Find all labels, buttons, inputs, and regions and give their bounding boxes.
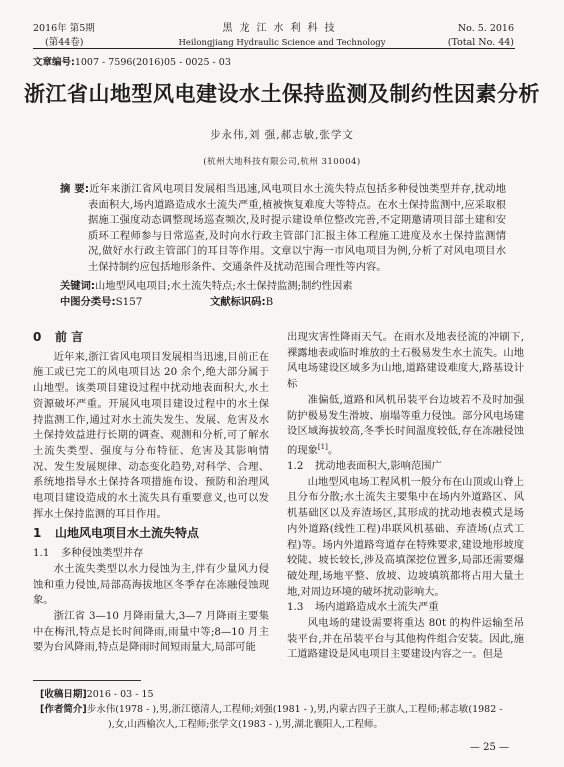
author-bio-block: [作者简介]步永伟(1978 - ),男,浙江德清人,工程师;刘强(1981 -… (40, 703, 510, 732)
header-divider (33, 48, 515, 49)
subsection-number: 1.3 (287, 600, 315, 616)
section-title: 山地风电项目水土流失特点 (55, 526, 199, 540)
subsection-title: 扰动地表面积大,影响范围广 (315, 460, 442, 472)
affiliation: (杭州大地科技有限公司,杭州 310004) (0, 155, 564, 167)
received-date: [收稿日期]2016 - 03 - 15 (40, 688, 510, 703)
subsection-heading-1-2: 1.2扰动地表面积大,影响范围广 (287, 459, 524, 475)
doc-code-value: B (266, 296, 274, 308)
author-bio: [作者简介]步永伟(1978 - ),男,浙江德清人,工程师;刘强(1981 -… (40, 703, 510, 732)
paragraph-end: 。 (328, 444, 338, 456)
authors: 步永伟,刘 强,郝志敏,张学文 (0, 127, 564, 142)
bio-text: 步永伟(1978 - ),男,浙江德清人,工程师;刘强(1981 - ),男,内… (87, 704, 503, 730)
citation-ref[interactable]: [1] (318, 443, 328, 451)
page-number: — 25 — (470, 742, 509, 753)
paper-title: 浙江省山地型风电建设水土保持监测及制约性因素分析 (0, 78, 564, 108)
received-label: [收稿日期] (40, 689, 87, 700)
paragraph: 风电场的建设需要将重达 80t 的构件运输至吊装平台,并在吊装平台与其他构件组合… (287, 616, 524, 663)
body-column-right: 出现灾害性降雨天气。在雨水及地表径流的冲刷下,裸露地表或临时堆放的土石极易发生水… (287, 330, 524, 663)
keywords-label: 关键词: (60, 280, 95, 292)
section-title: 前 言 (55, 330, 83, 344)
clc-label: 中图分类号: (60, 296, 116, 308)
clc-value: S157 (116, 296, 143, 308)
article-number-label: 文章编号: (33, 57, 75, 68)
paragraph: 准偏低,道路和风机吊装平台边坡若不及时加强防护极易发生滑坡、崩塌等重力侵蚀。部分… (287, 393, 524, 459)
abstract-text: 近年来浙江省风电项目发展相当迅速,风电项目水土流失特点包括多种侵蚀类型并存,扰动… (88, 183, 506, 273)
keywords-text: 山地型风电项目;水土流失特点;水土保持监测;制约性因素 (95, 280, 353, 292)
abstract: 摘 要:近年来浙江省风电项目发展相当迅速,风电项目水土流失特点包括多种侵蚀类型并… (88, 182, 506, 276)
subsection-title: 场内道路造成水土流失严重 (315, 601, 439, 613)
subsection-title: 多种侵蚀类型并存 (61, 547, 143, 559)
paragraph: 山地型风电场工程风机一般分布在山顶或山脊上且分布分散;水土流失主要集中在场内外道… (287, 475, 524, 601)
paragraph-continued: 出现灾害性降雨天气。在雨水及地表径流的冲刷下,裸露地表或临时堆放的土石极易发生水… (287, 330, 524, 393)
section-heading-1: 1山地风电项目水土流失特点 (33, 526, 269, 542)
received-value: 2016 - 03 - 15 (87, 689, 154, 700)
subsection-heading-1-1: 1.1多种侵蚀类型并存 (33, 546, 269, 562)
paragraph: 近年来,浙江省风电项目发展相当迅速,目前正在施工或已完工的风电项目达 20 余个… (33, 350, 269, 523)
section-heading-0: 0前 言 (33, 330, 269, 346)
footnote-divider (33, 680, 141, 681)
document-code: 文献标识码:B (210, 293, 273, 308)
article-number: 文章编号:1007 - 7596(2016)05 - 0025 - 03 (33, 54, 231, 68)
keywords: 关键词:山地型风电项目;水土流失特点;水土保持监测;制约性因素 (60, 277, 353, 292)
subsection-number: 1.1 (33, 546, 61, 562)
subsection-heading-1-3: 1.3场内道路造成水土流失严重 (287, 600, 524, 616)
article-number-value: 1007 - 7596(2016)05 - 0025 - 03 (75, 57, 231, 68)
doc-code-label: 文献标识码: (210, 296, 266, 308)
subsection-number: 1.2 (287, 459, 315, 475)
header-number-info: No. 5. 2016 (Total No. 44) (448, 22, 514, 50)
section-number: 1 (33, 526, 55, 542)
paragraph: 浙江省 3—10 月降雨量大,3—7 月降雨主要集中在梅汛,特点是长时间降雨,雨… (33, 609, 269, 656)
classification: 中图分类号:S157 文献标识码:B (60, 293, 500, 308)
issue-number: No. 5. 2016 (448, 22, 514, 36)
body-column-left: 0前 言 近年来,浙江省风电项目发展相当迅速,目前正在施工或已完工的风电项目达 … (33, 330, 269, 656)
section-number: 0 (33, 330, 55, 346)
abstract-label: 摘 要: (60, 183, 89, 195)
bio-label: [作者简介] (40, 704, 87, 715)
paragraph: 水土流失类型以水力侵蚀为主,伴有少量风力侵蚀和重力侵蚀,局部高海拔地区冬季存在冻… (33, 562, 269, 609)
